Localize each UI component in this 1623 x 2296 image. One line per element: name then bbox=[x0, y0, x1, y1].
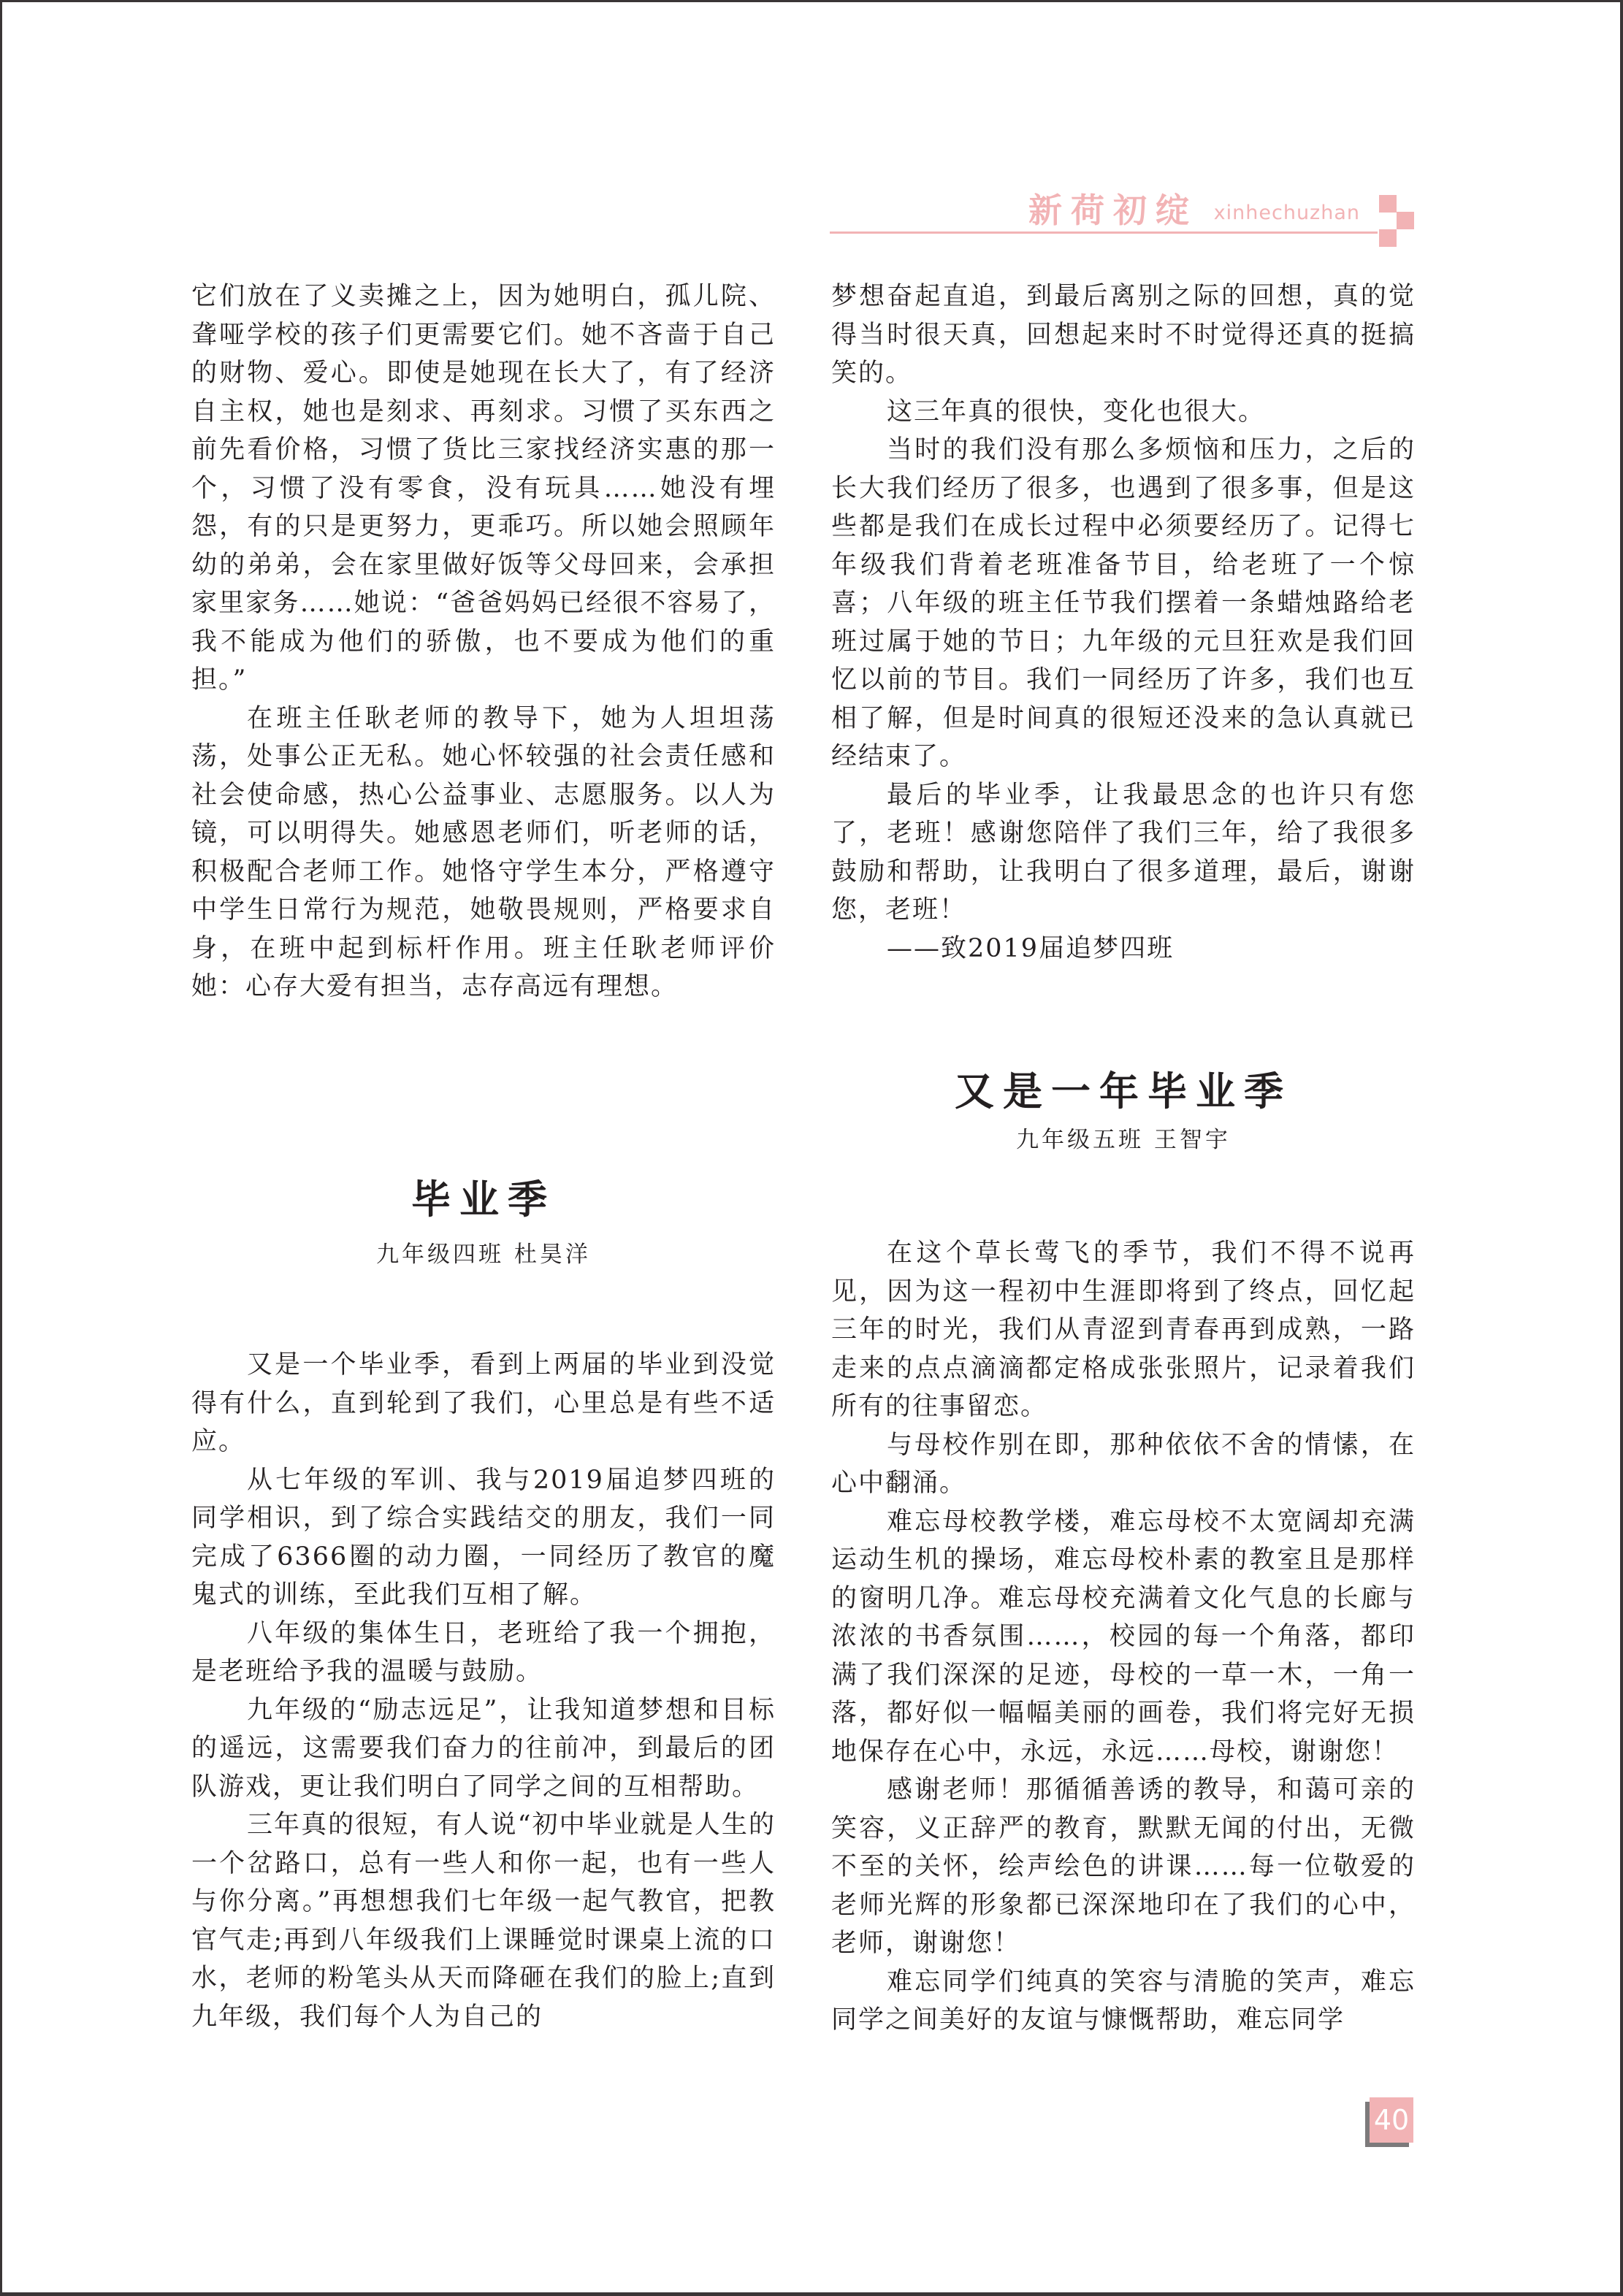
paragraph: 三年真的很短，有人说“初中毕业就是人生的一个岔路口，总有一些人和你一起，也有一些… bbox=[191, 1806, 776, 2036]
left-article-body: 又是一个毕业季，看到上两届的毕业到没觉得有什么，直到轮到了我们，心里总是有些不适… bbox=[191, 1346, 776, 2036]
article-byline: 九年级四班 杜昊洋 bbox=[191, 1236, 776, 1268]
header-rule bbox=[830, 231, 1378, 234]
paragraph: 最后的毕业季，让我最思念的也许只有您了，老班！感谢您陪伴了我们三年，给了我很多鼓… bbox=[831, 776, 1416, 930]
section-title: 新荷初绽 bbox=[1028, 184, 1198, 232]
paragraph: 九年级的“励志远足”，让我知道梦想和目标的遥远，这需要我们奋力的往前冲，到最后的… bbox=[191, 1691, 776, 1807]
paragraph: 在这个草长莺飞的季节，我们不得不说再见，因为这一程初中生涯即将到了终点，回忆起三… bbox=[831, 1234, 1416, 1426]
right-column-continued: 梦想奋起直追，到最后离别之际的回想，真的觉得当时很天真，回想起来时不时觉得还真的… bbox=[831, 278, 1416, 968]
section-pinyin: xinhechuzhan bbox=[1214, 202, 1360, 224]
paragraph: 又是一个毕业季，看到上两届的毕业到没觉得有什么，直到轮到了我们，心里总是有些不适… bbox=[191, 1346, 776, 1461]
decor-square-icon bbox=[1379, 229, 1397, 247]
left-column-continued: 它们放在了义卖摊之上，因为她明白，孤儿院、聋哑学校的孩子们更需要它们。她不吝啬于… bbox=[191, 278, 776, 1006]
paragraph: 难忘同学们纯真的笑容与清脆的笑声，难忘同学之间美好的友谊与慷慨帮助，难忘同学 bbox=[831, 1963, 1416, 2040]
section-header: 新荷初绽 xinhechuzhan bbox=[818, 183, 1417, 241]
paragraph: 感谢老师！那循循善诱的教导，和蔼可亲的笑容，义正辞严的教育，默默无闻的付出，无微… bbox=[831, 1771, 1416, 1963]
signature: ——致2019届追梦四班 bbox=[831, 930, 1416, 968]
article-title: 又是一年毕业季 bbox=[831, 1060, 1416, 1117]
paragraph: 难忘母校教学楼，难忘母校不太宽阔却充满运动生机的操场，难忘母校朴素的教室且是那样… bbox=[831, 1503, 1416, 1772]
paragraph: 从七年级的军训、我与2019届追梦四班的同学相识，到了综合实践结交的朋友，我们一… bbox=[191, 1461, 776, 1615]
paragraph: 八年级的集体生日，老班给了我一个拥抱，是老班给予我的温暖与鼓励。 bbox=[191, 1615, 776, 1691]
decor-square-icon bbox=[1379, 195, 1397, 213]
right-article-body: 在这个草长莺飞的季节，我们不得不说再见，因为这一程初中生涯即将到了终点，回忆起三… bbox=[831, 1234, 1416, 2040]
article-title: 毕业季 bbox=[191, 1168, 776, 1225]
article-byline: 九年级五班 王智宇 bbox=[831, 1121, 1416, 1154]
paragraph: 梦想奋起直追，到最后离别之际的回想，真的觉得当时很天真，回想起来时不时觉得还真的… bbox=[831, 278, 1416, 393]
decor-square-icon bbox=[1397, 212, 1414, 229]
paragraph: 在班主任耿老师的教导下，她为人坦坦荡荡，处事公正无私。她心怀较强的社会责任感和社… bbox=[191, 700, 776, 1006]
paragraph: 当时的我们没有那么多烦恼和压力，之后的长大我们经历了很多，也遇到了很多事，但是这… bbox=[831, 431, 1416, 776]
paragraph: 它们放在了义卖摊之上，因为她明白，孤儿院、聋哑学校的孩子们更需要它们。她不吝啬于… bbox=[191, 278, 776, 700]
page-number: 40 bbox=[1370, 2097, 1413, 2143]
paragraph: 这三年真的很快，变化也很大。 bbox=[831, 393, 1416, 432]
paragraph: 与母校作别在即，那种依依不舍的情愫，在心中翻涌。 bbox=[831, 1426, 1416, 1503]
